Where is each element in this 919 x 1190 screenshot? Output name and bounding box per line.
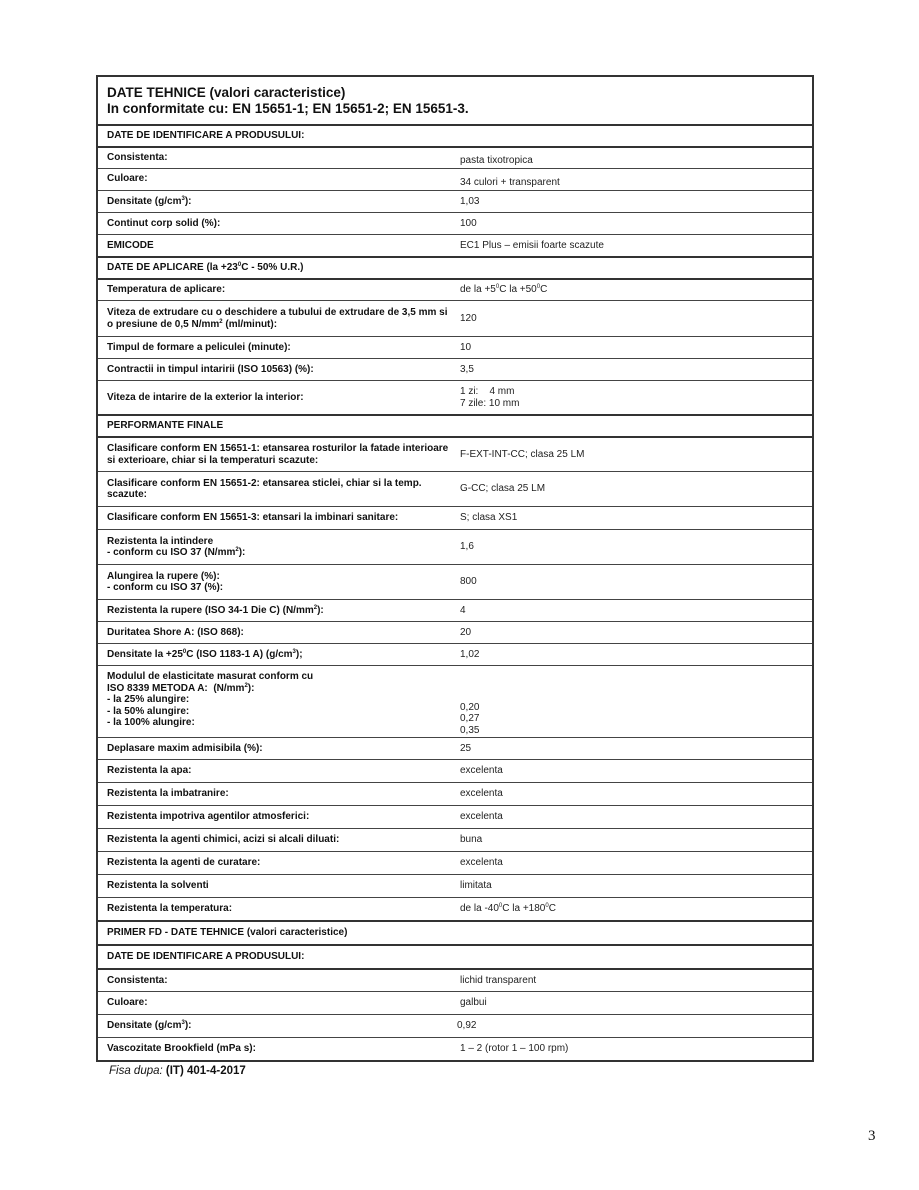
table-row: Clasificare conform EN 15651-1: etansare… (98, 436, 812, 471)
section-performante: PERFORMANTE FINALE (98, 414, 812, 436)
table-row: Rezistenta la apa: excelenta (98, 759, 812, 782)
table-row: Densitate (g/cm3): 0,92 (98, 1014, 812, 1037)
density-label: Densitate (g/cm3): (98, 196, 451, 208)
section-primer-identificare: DATE DE IDENTIFICARE A PRODUSULUI: (98, 944, 812, 968)
table-row: Clasificare conform EN 15651-3: etansari… (98, 506, 812, 529)
section-aplicare: DATE DE APLICARE (la +230C - 50% U.R.) (98, 256, 812, 278)
table-row: Continut corp solid (%): 100 (98, 212, 812, 234)
table-row: Rezistenta la rupere (ISO 34-1 Die C) (N… (98, 599, 812, 621)
table-row: Vascozitate Brookfield (mPa s): 1 – 2 (r… (98, 1037, 812, 1060)
technical-data-table: DATE TEHNICE (valori caracteristice) In … (96, 75, 814, 1062)
table-row: Rezistenta impotriva agentilor atmosferi… (98, 805, 812, 828)
table-title: DATE TEHNICE (valori caracteristice) In … (98, 77, 812, 124)
table-row: Deplasare maxim admisibila (%): 25 (98, 737, 812, 759)
title-line-1: DATE TEHNICE (valori caracteristice) (107, 85, 803, 101)
table-row: Contractii in timpul intaririi (ISO 1056… (98, 358, 812, 380)
table-row: Densitate la +250C (ISO 1183-1 A) (g/cm3… (98, 643, 812, 665)
table-row: Rezistenta la agenti chimici, acizi si a… (98, 828, 812, 851)
table-row: Modulul de elasticitate masurat conform … (98, 665, 812, 737)
table-row: Rezistenta la intindere - conform cu ISO… (98, 529, 812, 564)
table-row: Clasificare conform EN 15651-2: etansare… (98, 471, 812, 506)
page-number: 3 (868, 1128, 876, 1145)
table-row: EMICODE EC1 Plus – emisii foarte scazute (98, 234, 812, 256)
table-row: Rezistenta la temperatura: de la -400C l… (98, 897, 812, 920)
table-row: Densitate (g/cm3): 1,03 (98, 190, 812, 212)
table-row: Viteza de extrudare cu o deschidere a tu… (98, 300, 812, 336)
table-row: Consistenta: pasta tixotropica (98, 146, 812, 168)
table-row: Timpul de formare a peliculei (minute): … (98, 336, 812, 358)
table-row: Rezistenta la imbatranire: excelenta (98, 782, 812, 805)
table-row: Viteza de intarire de la exterior la int… (98, 380, 812, 414)
table-row: Temperatura de aplicare: de la +50C la +… (98, 278, 812, 300)
table-row: Alungirea la rupere (%): - conform cu IS… (98, 564, 812, 599)
document-reference: Fisa dupa: (IT) 401-4-2017 (109, 1065, 246, 1077)
table-row: Rezistenta la agenti de curatare: excele… (98, 851, 812, 874)
title-line-2: In conformitate cu: EN 15651-1; EN 15651… (107, 101, 803, 117)
table-row: Culoare: galbui (98, 991, 812, 1014)
table-row: Rezistenta la solventi limitata (98, 874, 812, 897)
table-row: Consistenta: lichid transparent (98, 968, 812, 991)
section-primer: PRIMER FD - DATE TEHNICE (valori caracte… (98, 920, 812, 944)
section-identificare: DATE DE IDENTIFICARE A PRODUSULUI: (98, 124, 812, 146)
table-row: Culoare: 34 culori + transparent (98, 168, 812, 190)
table-row: Duritatea Shore A: (ISO 868): 20 (98, 621, 812, 643)
